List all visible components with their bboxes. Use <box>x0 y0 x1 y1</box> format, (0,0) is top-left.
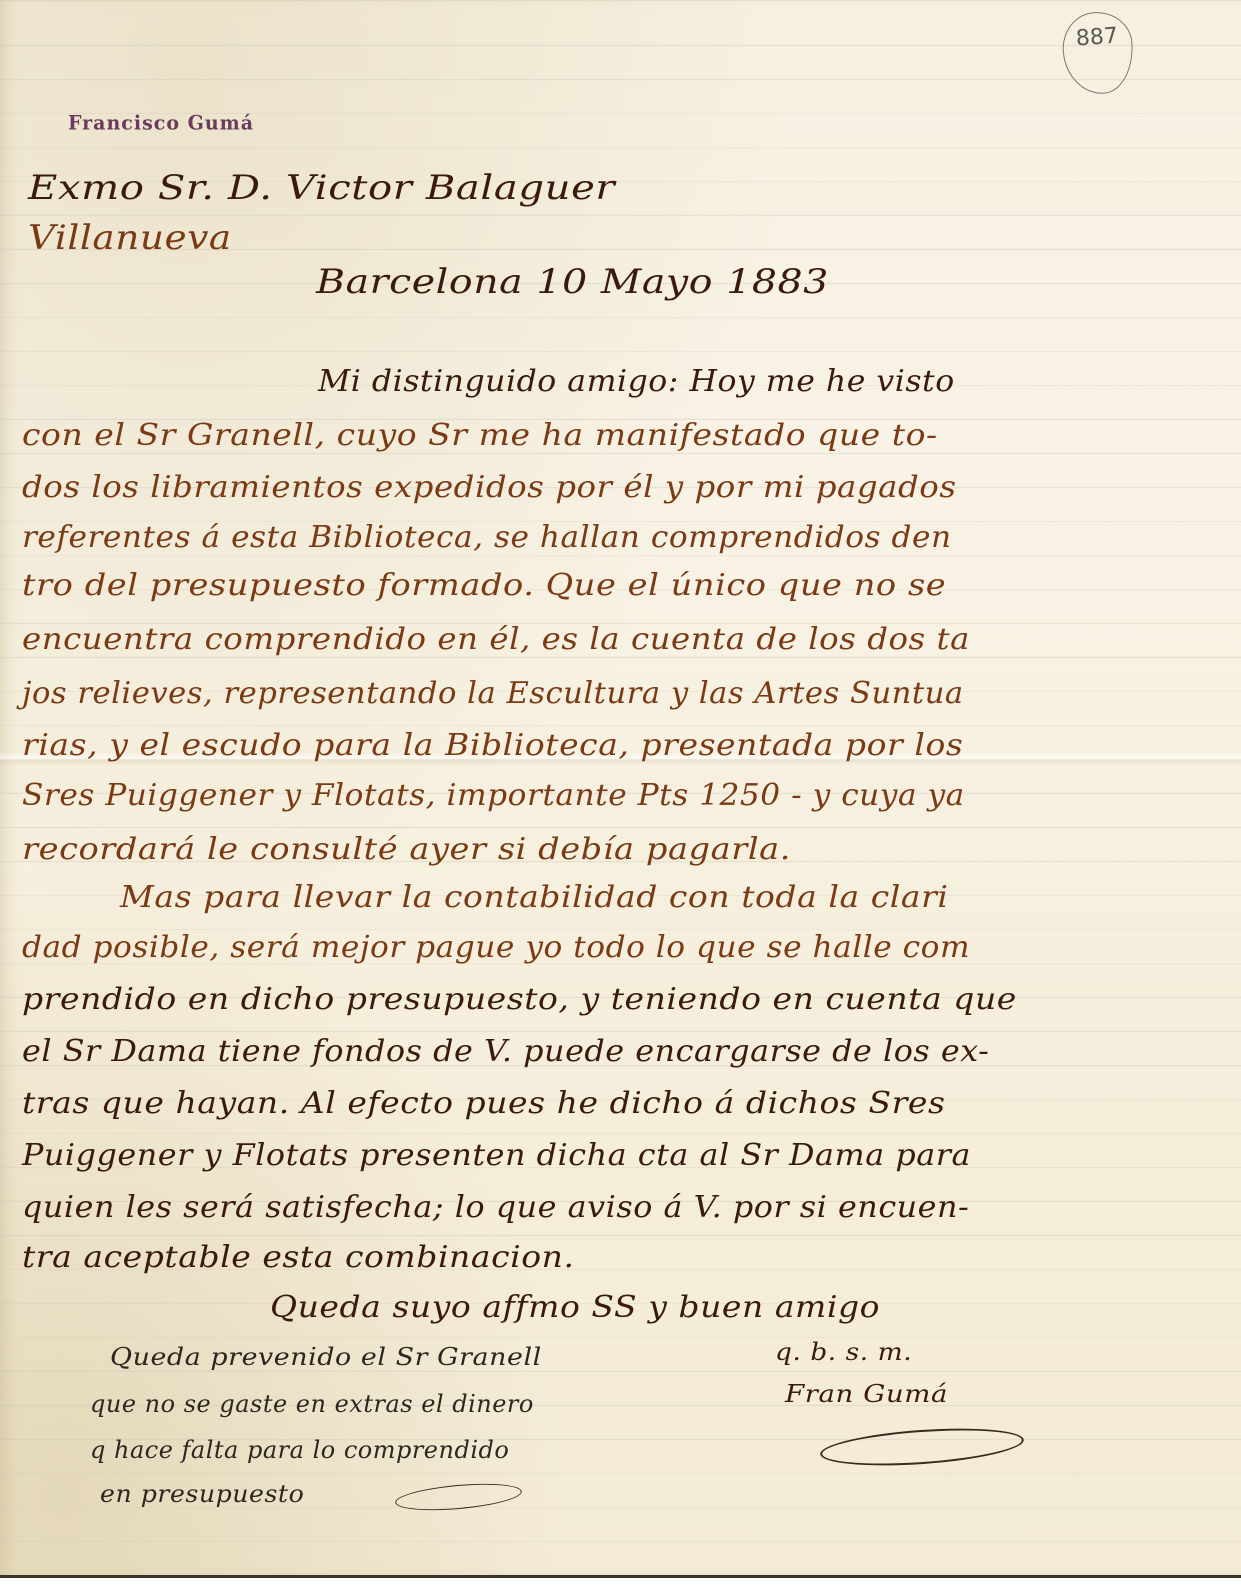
body-line: Mas para llevar la contabilidad con toda… <box>120 880 949 915</box>
closing: Queda suyo affmo SS y buen amigo <box>270 1290 880 1325</box>
body-line: quien les será satisfecha; lo que aviso … <box>22 1190 969 1225</box>
archive-number: 887 <box>1075 24 1119 52</box>
body-line: referentes á esta Biblioteca, se hallan … <box>22 520 952 555</box>
body-line: jos relieves, representando la Escultura… <box>22 676 964 711</box>
closing-abbreviation: q. b. s. m. <box>775 1338 912 1366</box>
place-date: Barcelona 10 Mayo 1883 <box>316 262 829 302</box>
body-line: Mi distinguido amigo: Hoy me he visto <box>318 364 955 399</box>
body-line: Sres Puiggener y Flotats, importante Pts… <box>22 778 965 813</box>
postscript-line: Queda prevenido el Sr Granell <box>110 1343 542 1371</box>
postscript-flourish <box>394 1480 523 1515</box>
body-line: rias, y el escudo para la Biblioteca, pr… <box>22 728 963 763</box>
body-line: encuentra comprendido en él, es la cuent… <box>22 622 970 657</box>
archive-number-circle: 887 <box>1060 10 1136 97</box>
postscript-line: en presupuesto <box>100 1480 304 1508</box>
body-line: el Sr Dama tiene fondos de V. puede enca… <box>22 1034 989 1069</box>
postscript-line: que no se gaste en extras el dinero <box>90 1390 534 1418</box>
body-line: prendido en dicho presupuesto, y teniend… <box>22 982 1017 1017</box>
body-line: tra aceptable esta combinacion. <box>22 1240 574 1275</box>
postscript-line: q hace falta para lo comprendido <box>90 1436 509 1464</box>
letterhead-stamp: Francisco Gumá <box>68 111 254 134</box>
body-line: Puiggener y Flotats presenten dicha cta … <box>22 1138 971 1173</box>
body-line: tro del presupuesto formado. Que el únic… <box>22 568 946 603</box>
signature-flourish <box>819 1423 1025 1471</box>
body-line: dos los libramientos expedidos por él y … <box>22 470 957 505</box>
recipient-line-2: Villanueva <box>28 218 232 258</box>
body-line: dad posible, será mejor pague yo todo lo… <box>22 930 970 965</box>
letter-page: 887 Francisco Gumá Exmo Sr. D. Victor Ba… <box>0 0 1241 1578</box>
signature: Fran Gumá <box>785 1380 948 1408</box>
body-line: recordará le consulté ayer si debía paga… <box>22 832 791 867</box>
body-line: tras que hayan. Al efecto pues he dicho … <box>22 1086 946 1121</box>
recipient-line-1: Exmo Sr. D. Victor Balaguer <box>28 168 615 208</box>
body-line: con el Sr Granell, cuyo Sr me ha manifes… <box>22 418 938 453</box>
